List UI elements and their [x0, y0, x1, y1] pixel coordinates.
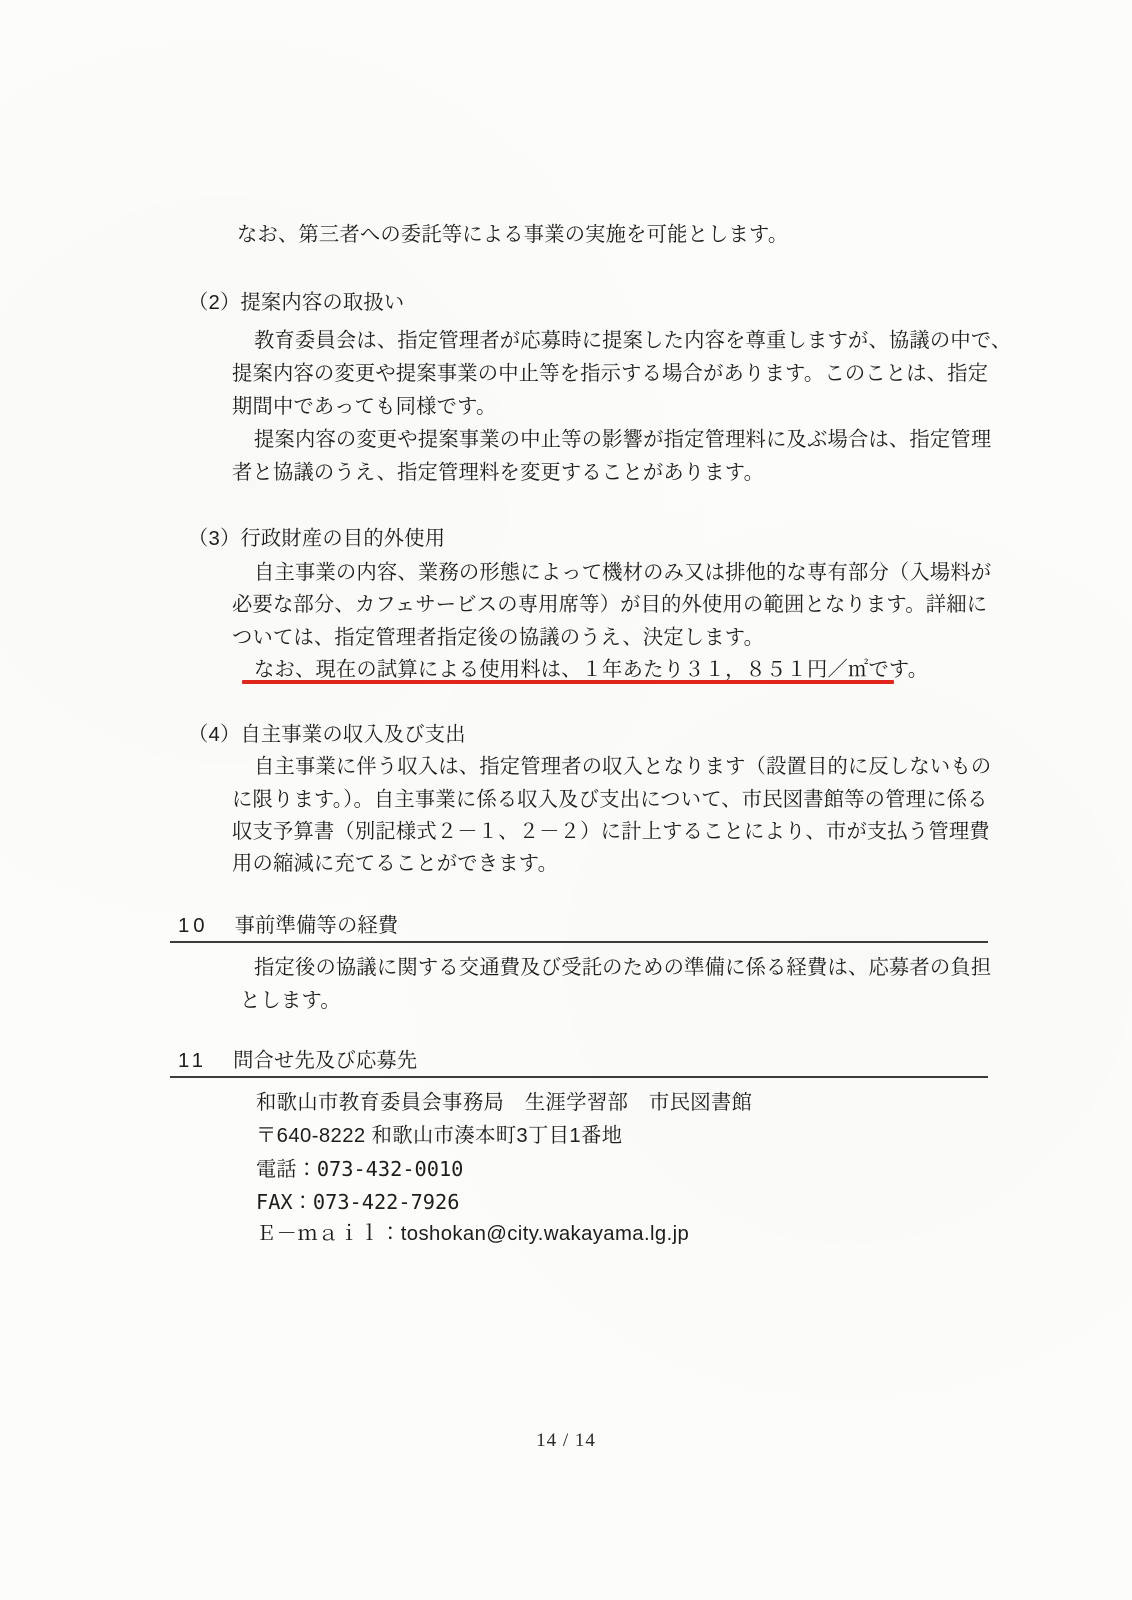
body-line: 教育委員会は、指定管理者が応募時に提案した内容を尊重しますが、協議の中で、: [254, 328, 1011, 354]
body-line: 提案内容の変更や提案事業の中止等を指示する場合があります。このことは、指定: [232, 361, 988, 387]
section-10-heading: 10 事前準備等の経費: [178, 913, 398, 939]
body-line: 自主事業の内容、業務の形態によって機材のみ又は排他的な専有部分（入場料が: [254, 560, 991, 586]
red-underline-mark: [242, 680, 894, 684]
body-line: 指定後の協議に関する交通費及び受託のための準備に係る経費は、応募者の負担: [254, 955, 991, 981]
contact-office-line: 和歌山市教育委員会事務局 生涯学習部 市民図書館: [256, 1090, 752, 1116]
contact-fax-line: FAX：073-422-7926: [256, 1189, 459, 1215]
section-10-heading-rule: [170, 941, 988, 943]
section-10-title: 事前準備等の経費: [235, 913, 399, 939]
intro-line: なお、第三者への委託等による事業の実施を可能とします。: [237, 222, 788, 248]
section-11-title: 問合せ先及び応募先: [233, 1048, 417, 1074]
section-2-heading: （2） 提案内容の取扱い: [188, 290, 404, 316]
body-line: 自主事業に伴う収入は、指定管理者の収入となります（設置目的に反しないもの: [254, 754, 991, 780]
section-11-heading: 11 問合せ先及び応募先: [178, 1048, 417, 1074]
body-line: 収支予算書（別記様式２－１、２－２）に計上することにより、市が支払う管理費: [232, 819, 990, 845]
section-4-heading: （4） 自主事業の収入及び支出: [188, 722, 466, 748]
section-11-number: 11: [178, 1048, 207, 1074]
contact-email-line: Ｅ－ｍａｉｌ：toshokan@city.wakayama.lg.jp: [256, 1221, 689, 1247]
section-4-number: （4）: [188, 722, 240, 748]
body-line: とします。: [240, 988, 341, 1014]
body-line: 必要な部分、カフェサービスの専用席等）が目的外使用の範囲となります。詳細に: [232, 592, 987, 618]
body-line: 提案内容の変更や提案事業の中止等の影響が指定管理料に及ぶ場合は、指定管理: [254, 427, 991, 453]
contact-address-line: 〒640-8222 和歌山市湊本町3丁目1番地: [256, 1123, 622, 1149]
section-3-title: 行政財産の目的外使用: [240, 526, 445, 552]
section-3-heading: （3） 行政財産の目的外使用: [188, 526, 445, 552]
body-line: ついては、指定管理者指定後の協議のうえ、決定します。: [232, 625, 764, 651]
section-2-number: （2）: [188, 290, 240, 316]
section-3-number: （3）: [188, 526, 240, 552]
body-line: に限ります。）。自主事業に係る収入及び支出について、市民図書館等の管理に係る: [232, 787, 988, 813]
section-4-title: 自主事業の収入及び支出: [240, 722, 465, 748]
page-number: 14 / 14: [0, 1430, 1132, 1452]
scanned-document-page: なお、第三者への委託等による事業の実施を可能とします。 （2） 提案内容の取扱い…: [0, 0, 1132, 1600]
body-line: 期間中であっても同様です。: [232, 394, 496, 420]
body-line: 者と協議のうえ、指定管理料を変更することがあります。: [232, 460, 764, 486]
section-2-title: 提案内容の取扱い: [240, 290, 404, 316]
section-11-heading-rule: [170, 1076, 988, 1078]
contact-tel-line: 電話：073-432-0010: [256, 1156, 463, 1182]
body-line: 用の縮減に充てることができます。: [232, 851, 558, 877]
section-10-number: 10: [178, 913, 209, 939]
